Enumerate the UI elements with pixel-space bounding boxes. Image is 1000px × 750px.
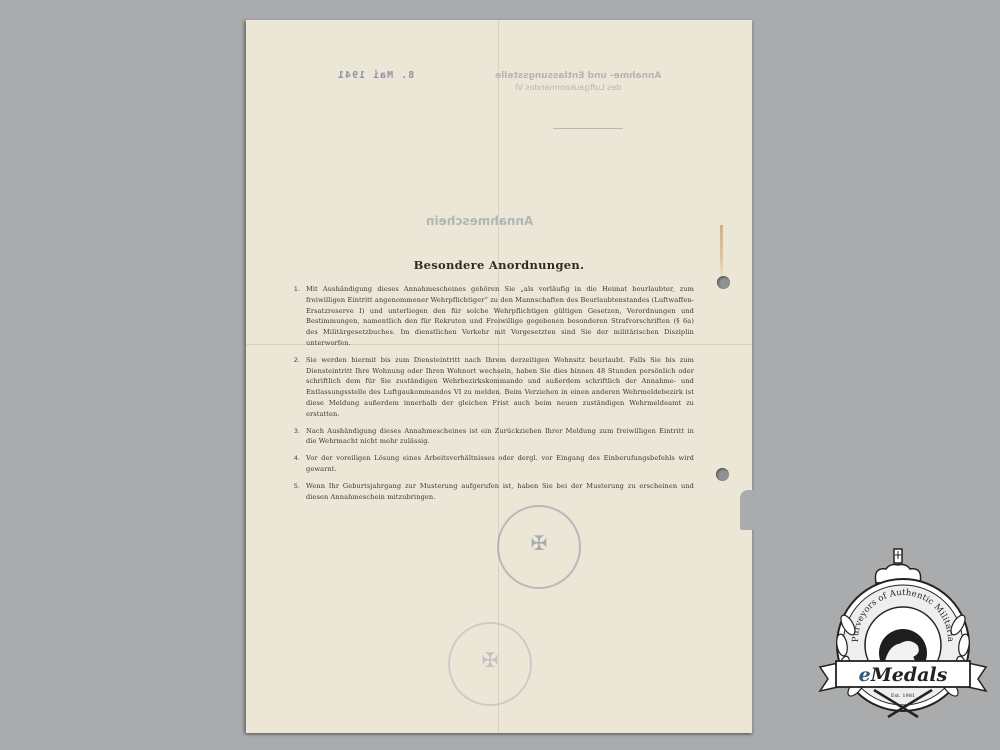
emedals-logo: Purveyors of Authentic Militaria eMedals… [818, 545, 988, 723]
clause-text: Mit Aushändigung dieses Annahmescheines … [306, 284, 694, 349]
clause-item: 1. Mit Aushändigung dieses Annahmeschein… [282, 284, 694, 349]
eagle-icon: ✠ [482, 648, 499, 672]
clause-number: 1. [282, 284, 306, 349]
clause-item: 3. Nach Aushändigung dieses Annahmeschei… [282, 426, 694, 448]
torn-edge-notch [740, 490, 754, 530]
clause-number: 5. [282, 481, 306, 503]
clause-number: 4. [282, 453, 306, 475]
clause-number: 2. [282, 355, 306, 420]
punch-hole-bottom [716, 468, 729, 481]
clause-item: 4. Vor der voreiligen Lösung eines Arbei… [282, 453, 694, 475]
svg-text:eMedals: eMedals [859, 664, 948, 686]
clause-number: 3. [282, 426, 306, 448]
svg-text:Est. 1981: Est. 1981 [891, 693, 915, 699]
clause-list: 1. Mit Aushändigung dieses Annahmeschein… [282, 284, 694, 508]
clause-text: Vor der voreiligen Lösung eines Arbeitsv… [306, 453, 694, 475]
clause-text: Sie werden hiermit bis zum Diensteintrit… [306, 355, 694, 420]
clause-item: 5. Wenn Ihr Geburtsjahrgang zur Musterun… [282, 481, 694, 503]
ghost-reverse-title: Annahmeschein [426, 214, 533, 228]
eagle-icon: ✠ [531, 531, 548, 555]
ghost-header-line2: des Luftgaukommandos VI [515, 83, 621, 92]
clause-text: Nach Aushändigung dieses Annahmescheines… [306, 426, 694, 448]
ghost-eagle-seal-lower: ✠ [448, 622, 532, 706]
clause-item: 2. Sie werden hiermit bis zum Diensteint… [282, 355, 694, 420]
date-stamp-show-through: 8. Mai 1941 [337, 70, 414, 81]
ghost-header-line1: Annahme- und Entlassungsstelle [495, 71, 661, 81]
document-title: Besondere Anordnungen. [246, 258, 752, 272]
ghost-rule [553, 128, 623, 129]
ghost-eagle-seal: ✠ [497, 505, 581, 589]
punch-hole-top [717, 276, 730, 289]
clause-text: Wenn Ihr Geburtsjahrgang zur Musterung a… [306, 481, 694, 503]
